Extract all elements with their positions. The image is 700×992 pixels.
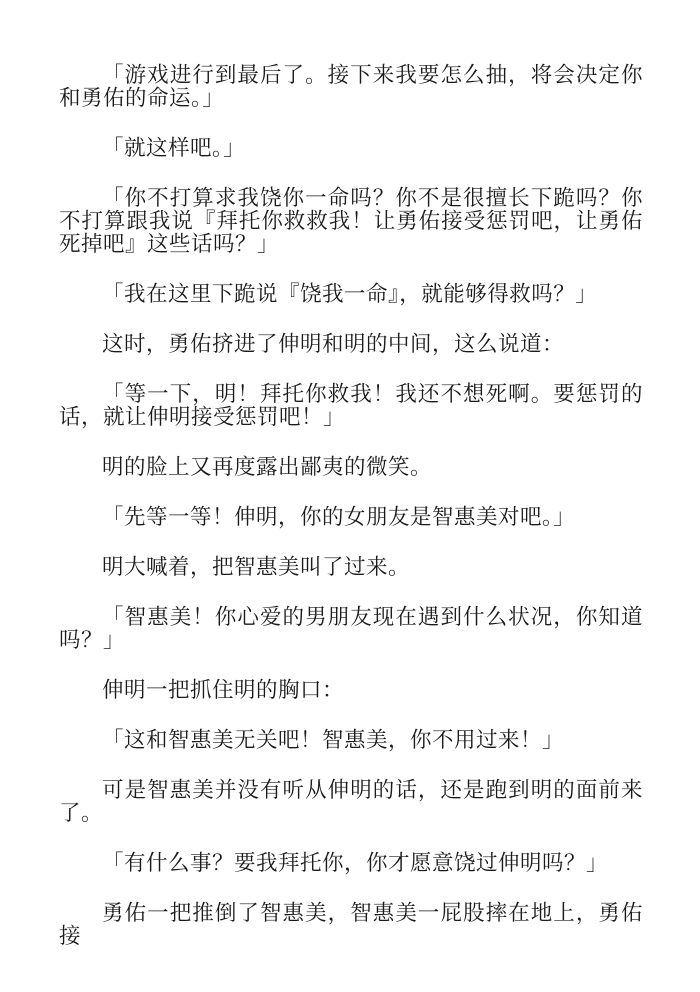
paragraph: 「有什么事？要我拜托你，你才愿意饶过伸明吗？」 — [59, 852, 643, 875]
paragraph: 伸明一把抓住明的胸口： — [59, 679, 643, 702]
paragraph: 明的脸上又再度露出鄙夷的微笑。 — [59, 456, 643, 479]
paragraph: 「这和智惠美无关吧！智惠美，你不用过来！」 — [59, 729, 643, 752]
paragraph: 「我在这里下跪说『饶我一命』，就能够得救吗？」 — [59, 283, 643, 306]
paragraph: 「你不打算求我饶你一命吗？你不是很擅长下跪吗？你不打算跟我说『拜托你救救我！让勇… — [59, 187, 643, 256]
paragraph: 「先等一等！伸明，你的女朋友是智惠美对吧。」 — [59, 506, 643, 529]
paragraph: 可是智惠美并没有听从伸明的话，还是跑到明的面前来了。 — [59, 779, 643, 825]
paragraph: 「就这样吧。」 — [59, 137, 643, 160]
paragraph: 明大喊着，把智惠美叫了过来。 — [59, 556, 643, 579]
paragraph: 「智惠美！你心爱的男朋友现在遇到什么状况，你知道吗？」 — [59, 606, 643, 652]
paragraph: 勇佑一把推倒了智惠美，智惠美一屁股摔在地上，勇佑接 — [59, 902, 643, 948]
paragraph: 「等一下，明！拜托你救我！我还不想死啊。要惩罚的话，就让伸明接受惩罚吧！」 — [59, 383, 643, 429]
book-page: 「游戏进行到最后了。接下来我要怎么抽，将会决定你和勇佑的命运。」「就这样吧。」「… — [0, 0, 700, 992]
paragraph: 「游戏进行到最后了。接下来我要怎么抽，将会决定你和勇佑的命运。」 — [59, 64, 643, 110]
text-content: 「游戏进行到最后了。接下来我要怎么抽，将会决定你和勇佑的命运。」「就这样吧。」「… — [0, 0, 700, 948]
paragraph: 这时，勇佑挤进了伸明和明的中间，这么说道： — [59, 333, 643, 356]
